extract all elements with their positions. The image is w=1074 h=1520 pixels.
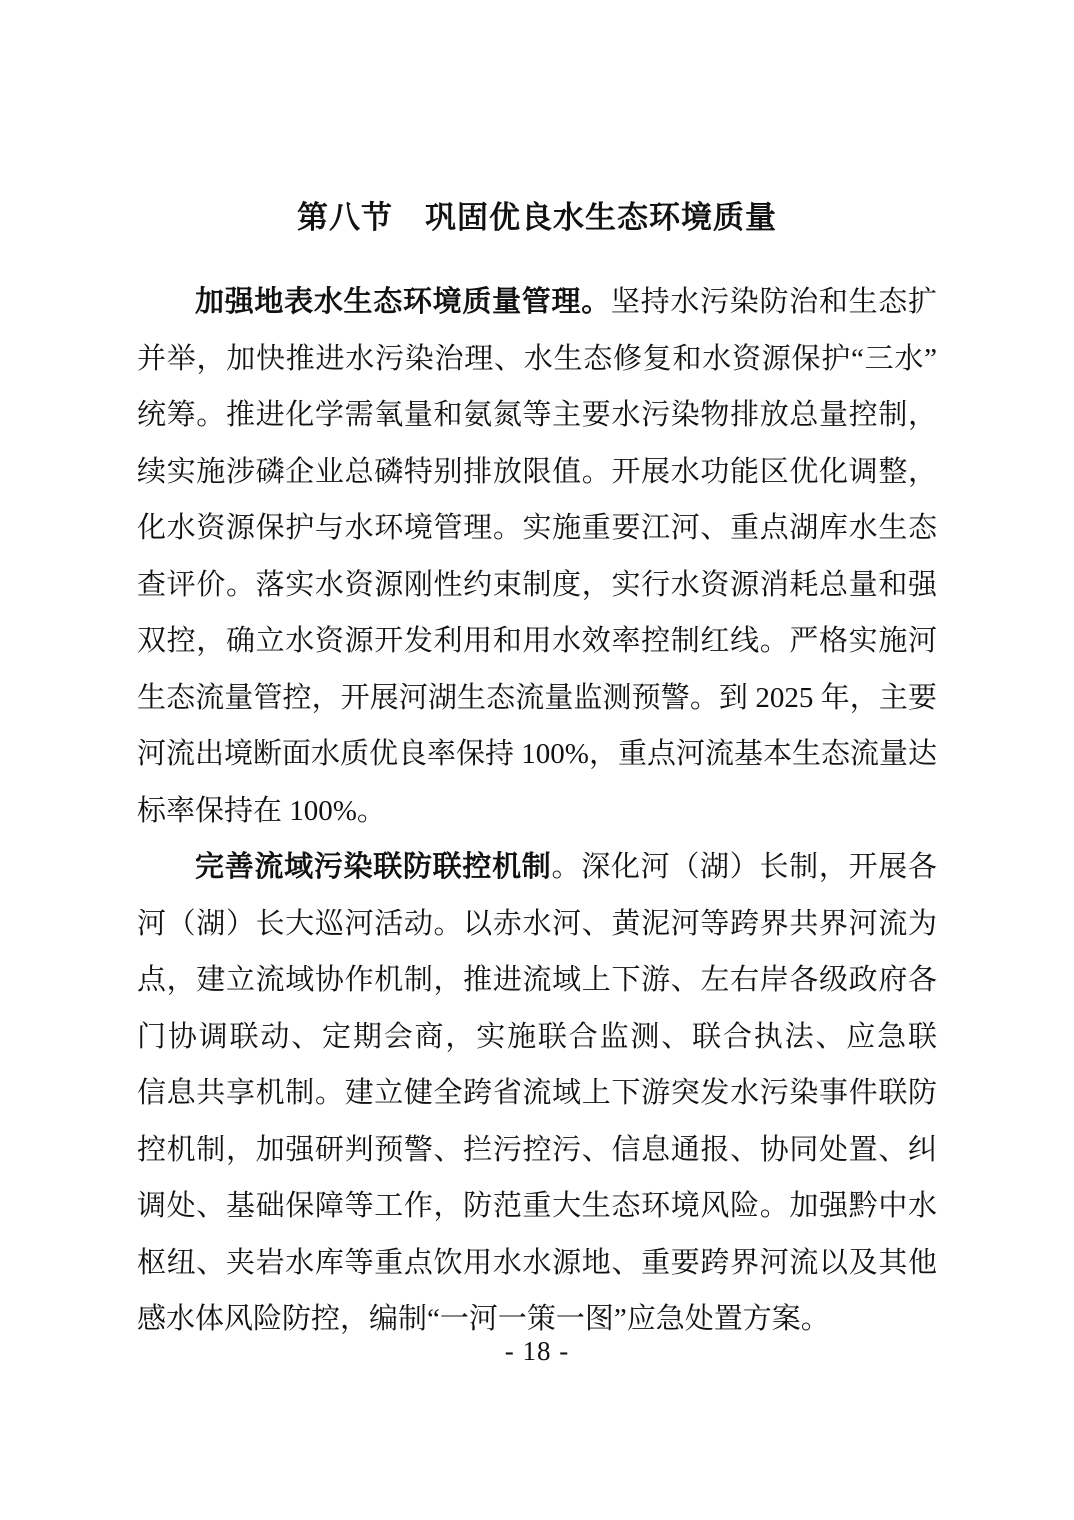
text-line: 化水资源保护与水环境管理。实施重要江河、重点湖库水生态调 bbox=[137, 500, 937, 557]
text-line: 完善流域污染联防联控机制。深化河（湖）长制，开展各级 bbox=[137, 839, 937, 896]
text-line: 河（湖）长大巡河活动。以赤水河、黄泥河等跨界共界河流为重 bbox=[137, 896, 937, 953]
text-line: 调处、基础保障等工作，防范重大生态环境风险。加强黔中水利 bbox=[137, 1178, 937, 1235]
paragraph-1-lead: 加强地表水生态环境质量管理。 bbox=[195, 286, 611, 318]
text-line: 枢纽、夹岩水库等重点饮用水水源地、重要跨界河流以及其他敏 bbox=[137, 1235, 937, 1292]
document-body: 加强地表水生态环境质量管理。坚持水污染防治和生态扩容 并举，加快推进水污染治理、… bbox=[137, 274, 937, 1348]
text-line: 续实施涉磷企业总磷特别排放限值。开展水功能区优化调整，强 bbox=[137, 444, 937, 501]
text-line: 河流出境断面水质优良率保持 100%，重点河流基本生态流量达 bbox=[137, 726, 937, 783]
text-line: 生态流量管控，开展河湖生态流量监测预警。到 2025 年，主要 bbox=[137, 670, 937, 727]
text-line: 查评价。落实水资源刚性约束制度，实行水资源消耗总量和强度 bbox=[137, 557, 937, 614]
text-line: 点，建立流域协作机制，推进流域上下游、左右岸各级政府各部 bbox=[137, 952, 937, 1009]
text-line: 统筹。推进化学需氧量和氨氮等主要水污染物排放总量控制，持 bbox=[137, 387, 937, 444]
page-number: - 18 - bbox=[137, 1336, 937, 1367]
document-page: 第八节 巩固优良水生态环境质量 加强地表水生态环境质量管理。坚持水污染防治和生态… bbox=[0, 0, 1074, 1520]
text-line: 双控，确立水资源开发利用和用水效率控制红线。严格实施河湖 bbox=[137, 613, 937, 670]
section-title: 第八节 巩固优良水生态环境质量 bbox=[137, 192, 937, 237]
paragraph-2-lead: 完善流域污染联防联控机制 bbox=[195, 851, 552, 883]
text-line: 控机制，加强研判预警、拦污控污、信息通报、协同处置、纠纷 bbox=[137, 1122, 937, 1179]
text-line: 并举，加快推进水污染治理、水生态修复和水资源保护“三水” bbox=[137, 331, 937, 388]
text-line: 门协调联动、定期会商，实施联合监测、联合执法、应急联动、 bbox=[137, 1009, 937, 1066]
text-line: 标率保持在 100%。 bbox=[137, 783, 937, 840]
text-line: 加强地表水生态环境质量管理。坚持水污染防治和生态扩容 bbox=[137, 274, 937, 331]
text-line: 信息共享机制。建立健全跨省流域上下游突发水污染事件联防联 bbox=[137, 1065, 937, 1122]
